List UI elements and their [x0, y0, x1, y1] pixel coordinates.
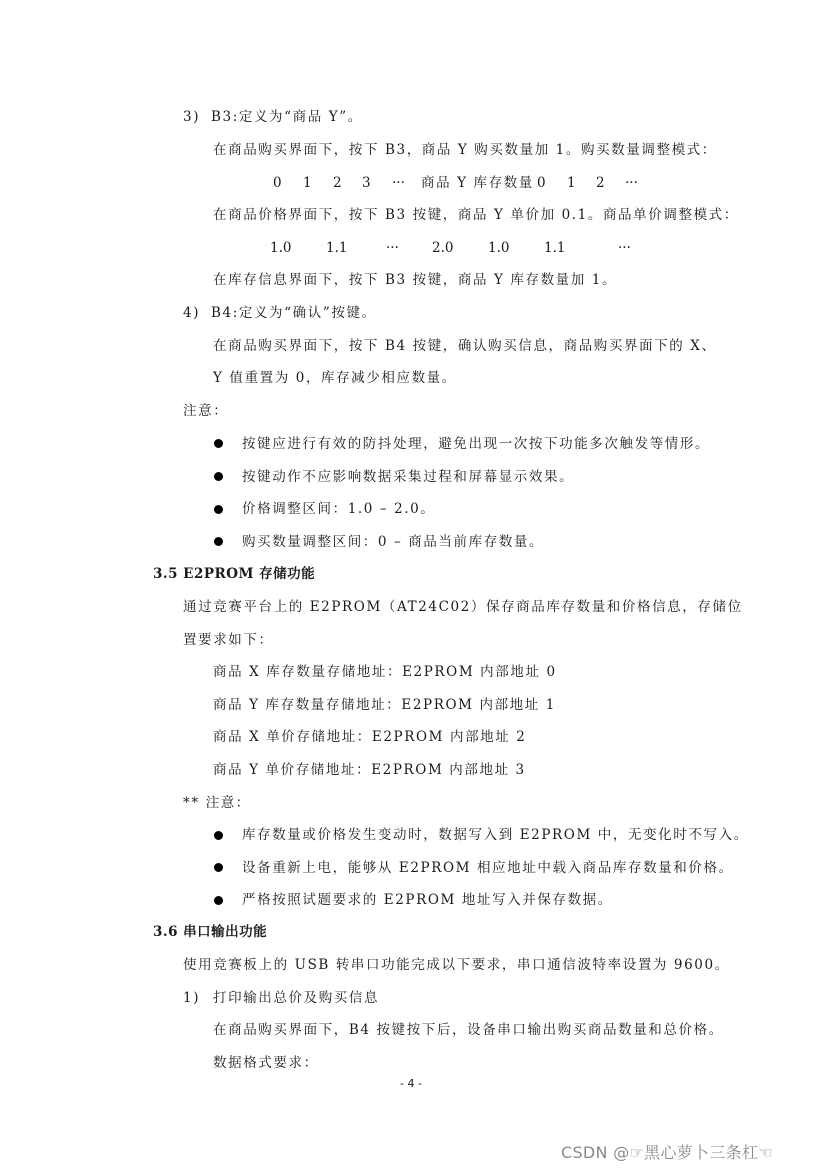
seq-item: ··· — [618, 239, 631, 257]
item4-title: B4:定义为“确认”按键。 — [211, 304, 377, 322]
bullet-icon — [214, 439, 223, 448]
bullet-icon — [214, 863, 223, 872]
csdn-watermark: CSDN @☞黑心萝卜三条杠☜ — [561, 1140, 773, 1163]
seq-item: 1.1 — [544, 239, 565, 257]
seq-item: 0 — [273, 174, 282, 192]
seq-item: 1 — [303, 174, 312, 192]
section-3-6-heading: 3.6 串口输出功能 — [153, 923, 267, 941]
bullet-icon — [214, 831, 223, 840]
section-3-6-paragraph-2: 在商品购买界面下，B4 按键按下后，设备串口输出购买商品数量和总价格。 — [213, 1021, 724, 1039]
seq-item: ··· — [392, 174, 405, 192]
item3-label: 3) — [183, 108, 200, 126]
note-bullet-text: 购买数量调整区间：0 – 商品当前库存数量。 — [242, 533, 544, 551]
address-line: 商品 Y 库存数量存储地址：E2PROM 内部地址 1 — [213, 696, 556, 714]
seq-item: 1.0 — [270, 239, 291, 257]
item4-label: 4) — [183, 304, 200, 322]
bullet-icon — [214, 537, 223, 546]
item1-label: 1) — [183, 989, 200, 1007]
seq-item: ··· — [625, 174, 638, 192]
bullet-icon — [214, 472, 223, 481]
note-bullet-text: 严格按照试题要求的 E2PROM 地址写入并保存数据。 — [242, 891, 613, 909]
page-number: - 4 - — [400, 1077, 422, 1090]
seq-item: ··· — [386, 239, 399, 257]
seq-item: 1.0 — [488, 239, 509, 257]
seq-item: 商品 Y 库存数量 — [421, 174, 534, 192]
address-line: 商品 X 单价存储地址：E2PROM 内部地址 2 — [213, 728, 526, 746]
seq-item: 2 — [333, 174, 342, 192]
seq-item: 1.1 — [326, 239, 347, 257]
note-bullet-text: 按键应进行有效的防抖处理，避免出现一次按下功能多次触发等情形。 — [242, 435, 710, 453]
note-bullet-text: 库存数量或价格发生变动时，数据写入到 E2PROM 中，无变化时不写入。 — [242, 826, 749, 844]
seq-item: 1 — [567, 174, 576, 192]
item4-paragraph-1: 在商品购买界面下，按下 B4 按键，确认购买信息，商品购买界面下的 X、 — [213, 337, 717, 355]
item4-paragraph-2: Y 值重置为 0，库存减少相应数量。 — [213, 369, 457, 387]
note-label: 注意： — [183, 402, 228, 420]
note-bullet-text: 按键动作不应影响数据采集过程和屏幕显示效果。 — [242, 468, 574, 486]
seq-item: 2 — [596, 174, 605, 192]
item3-title: B3:定义为“商品 Y”。 — [211, 108, 363, 126]
section-3-6-paragraph-1: 使用竞赛板上的 USB 转串口功能完成以下要求，串口通信波特率设置为 9600。 — [183, 956, 730, 974]
section-3-5-paragraph-1: 通过竞赛平台上的 E2PROM（AT24C02）保存商品库存数量和价格信息，存储… — [183, 598, 743, 616]
note-bullet-text: 价格调整区间：1.0 – 2.0。 — [242, 500, 435, 518]
seq-item: 0 — [537, 174, 546, 192]
note-bullet-text: 设备重新上电，能够从 E2PROM 相应地址中载入商品库存数量和价格。 — [242, 859, 734, 877]
section-3-5-heading: 3.5 E2PROM 存储功能 — [153, 565, 315, 583]
seq-item: 2.0 — [432, 239, 453, 257]
item1-title: 打印输出总价及购买信息 — [213, 989, 379, 1007]
section-3-5-paragraph-2: 置要求如下： — [183, 631, 274, 649]
item3-paragraph-2: 在商品价格界面下，按下 B3 按键，商品 Y 单价加 0.1。商品单价调整模式： — [213, 206, 739, 224]
item3-paragraph-1: 在商品购买界面下，按下 B3，商品 Y 购买数量加 1。购买数量调整模式： — [213, 141, 717, 159]
bullet-icon — [214, 505, 223, 514]
note-label: ** 注意： — [183, 794, 251, 812]
section-3-6-paragraph-3: 数据格式要求： — [213, 1054, 319, 1072]
item3-paragraph-3: 在库存信息界面下，按下 B3 按键，商品 Y 库存数量加 1。 — [213, 271, 617, 289]
address-line: 商品 Y 单价存储地址：E2PROM 内部地址 3 — [213, 761, 526, 779]
seq-item: 3 — [362, 174, 371, 192]
bullet-icon — [214, 896, 223, 905]
address-line: 商品 X 库存数量存储地址：E2PROM 内部地址 0 — [213, 663, 557, 681]
